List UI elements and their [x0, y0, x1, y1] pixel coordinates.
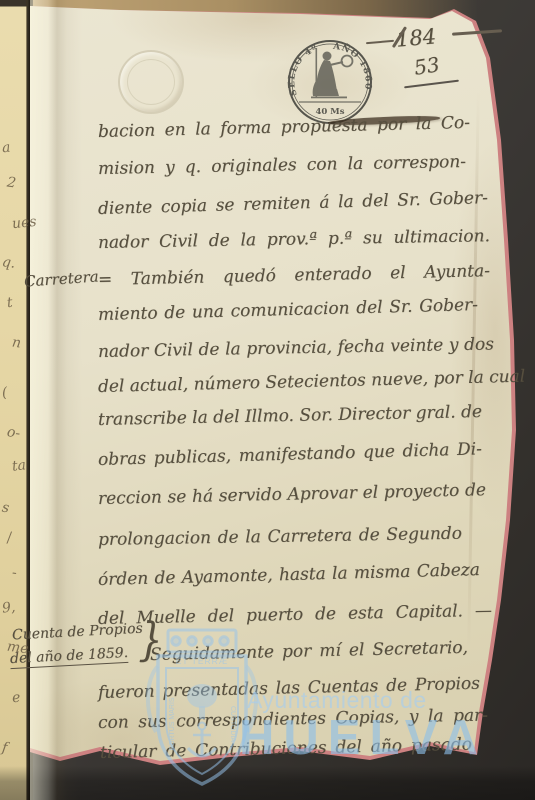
stamp-figure-icon [311, 48, 353, 98]
prev-page-fragment: o- [6, 424, 21, 442]
prev-page-fragment: 9, [1, 599, 16, 616]
stamp-right-arc-text: AÑO 1860 [332, 41, 373, 90]
folio-number: 53 [412, 52, 441, 80]
folio-number-crossed: 184 [395, 24, 437, 51]
prev-page-fragment: a [1, 140, 11, 157]
prev-page-fragment: ta [11, 457, 27, 474]
svg-text:AÑO 1860: AÑO 1860 [332, 41, 373, 90]
prev-page-fragment: me [6, 639, 30, 658]
prev-page-fragment: e [11, 690, 21, 707]
prev-page-fragment: t [6, 295, 13, 312]
embossed-seal [118, 50, 184, 114]
backdrop-shadow [0, 766, 535, 800]
tax-stamp: SELLO 4º AÑO 1860 40 Ms [285, 39, 375, 127]
prev-page-fragment: ues [11, 214, 37, 232]
margin-bracket: } [138, 612, 163, 667]
prev-page-fragment: q. [1, 254, 17, 272]
